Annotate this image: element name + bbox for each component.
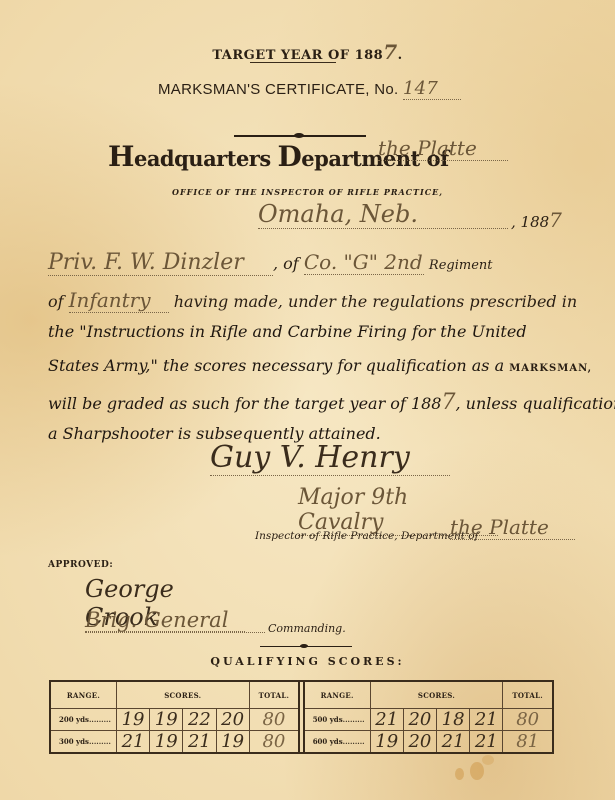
body-line-3: the "Instructions in Rifle and Carbine F… — [48, 322, 527, 341]
branch-handwritten: Infantry — [69, 288, 169, 313]
body-text-3: States Army," the scores necessary for q… — [48, 356, 504, 375]
target-year-label: TARGET YEAR OF 188 — [212, 48, 383, 63]
inspector-title: Inspector of Rifle Practice, Department … — [255, 530, 479, 542]
target-year-handwritten-digit: 7 — [383, 40, 397, 64]
marksman-word: MARKSMAN, — [509, 363, 592, 374]
score-cell: 21 — [437, 731, 470, 754]
inspector-signature: Guy V. Henry — [210, 440, 450, 476]
score-cell: 21 — [370, 709, 403, 731]
scores-header-2: SCORES. — [370, 681, 503, 709]
period: . — [398, 48, 403, 63]
company-handwritten: Co. "G" 2nd — [304, 250, 424, 275]
place-handwritten: Omaha, Neb. — [258, 200, 508, 229]
body-text-4: will be graded as such for the target ye… — [48, 394, 441, 413]
score-cell: 20 — [403, 731, 436, 754]
hq-initial: H — [108, 140, 134, 173]
range-header: RANGE. — [50, 681, 116, 709]
body-line-4: States Army," the scores necessary for q… — [48, 356, 592, 375]
score-cell: 21 — [116, 731, 149, 754]
body-text-4b: , unless qualification as — [455, 394, 615, 413]
date-year-handwritten-digit: 7 — [549, 208, 562, 232]
office-subtitle: OFFICE OF THE INSPECTOR OF RIFLE PRACTIC… — [0, 187, 615, 197]
inspector-department-handwritten: the Platte — [450, 515, 575, 540]
total-header-2: TOTAL. — [503, 681, 553, 709]
ornament-center — [294, 133, 304, 138]
date-year-prefix: , 188 — [511, 213, 549, 231]
score-cell: 21 — [470, 709, 503, 731]
body-text-1: having made, under the regulations presc… — [174, 292, 577, 311]
date-year: , 1887 — [511, 208, 562, 232]
score-cell: 19 — [116, 709, 149, 731]
body-line-2: of Infantry having made, under the regul… — [48, 288, 577, 313]
heading-underline — [250, 62, 336, 63]
of-text: , of — [273, 254, 299, 273]
scores-table: RANGE. SCORES. TOTAL. RANGE. SCORES. TOT… — [49, 680, 554, 754]
score-cell: 21 — [183, 731, 216, 754]
certificate-number: 147 — [403, 78, 461, 100]
body-line-5: will be graded as such for the target ye… — [48, 390, 615, 415]
score-cell: 19 — [150, 709, 183, 731]
paper-stain — [482, 755, 494, 765]
soldier-name-handwritten: Priv. F. W. Dinzler — [48, 250, 273, 276]
approver-rank: Brig. General — [85, 608, 265, 633]
target-year-heading: TARGET YEAR OF 1887. — [0, 40, 615, 64]
total-cell: 80 — [249, 731, 299, 754]
paper-stain — [455, 768, 464, 780]
target-year-digit-2: 7 — [441, 390, 455, 415]
score-cell: 20 — [403, 709, 436, 731]
total-cell: 80 — [503, 709, 553, 731]
score-cell: 22 — [183, 709, 216, 731]
score-cell: 19 — [150, 731, 183, 754]
total-cell: 81 — [503, 731, 553, 754]
scores-header: SCORES. — [116, 681, 249, 709]
total-header: TOTAL. — [249, 681, 299, 709]
dept-initial: D — [278, 140, 302, 173]
score-cell: 21 — [470, 731, 503, 754]
range-cell: 200 yds......... — [50, 709, 116, 731]
certificate-label: MARKSMAN'S CERTIFICATE, No. — [158, 81, 398, 98]
department-name-handwritten: the Platte — [378, 136, 508, 161]
score-cell: 18 — [437, 709, 470, 731]
certificate-number-line: MARKSMAN'S CERTIFICATE, No. 147 — [158, 78, 461, 100]
regiment-label: Regiment — [429, 258, 493, 273]
hq-text: eadquarters — [134, 146, 278, 171]
body-line-1: Priv. F. W. Dinzler, of Co. "G" 2nd Regi… — [48, 250, 493, 276]
range-cell: 300 yds......... — [50, 731, 116, 754]
of-text-2: of — [48, 292, 64, 311]
ornament-center — [300, 644, 308, 648]
range-header-2: RANGE. — [304, 681, 370, 709]
scores-header-row: RANGE. SCORES. TOTAL. RANGE. SCORES. TOT… — [50, 681, 553, 709]
commanding-label: Commanding. — [268, 622, 346, 635]
approved-label: APPROVED: — [48, 560, 113, 570]
total-cell: 80 — [249, 709, 299, 731]
range-cell: 600 yds......... — [304, 731, 370, 754]
score-cell: 20 — [216, 709, 249, 731]
range-cell: 500 yds......... — [304, 709, 370, 731]
score-cell: 19 — [216, 731, 249, 754]
qualifying-scores-title: QUALIFYING SCORES: — [0, 655, 615, 668]
score-cell: 19 — [370, 731, 403, 754]
paper-stain — [470, 762, 484, 780]
